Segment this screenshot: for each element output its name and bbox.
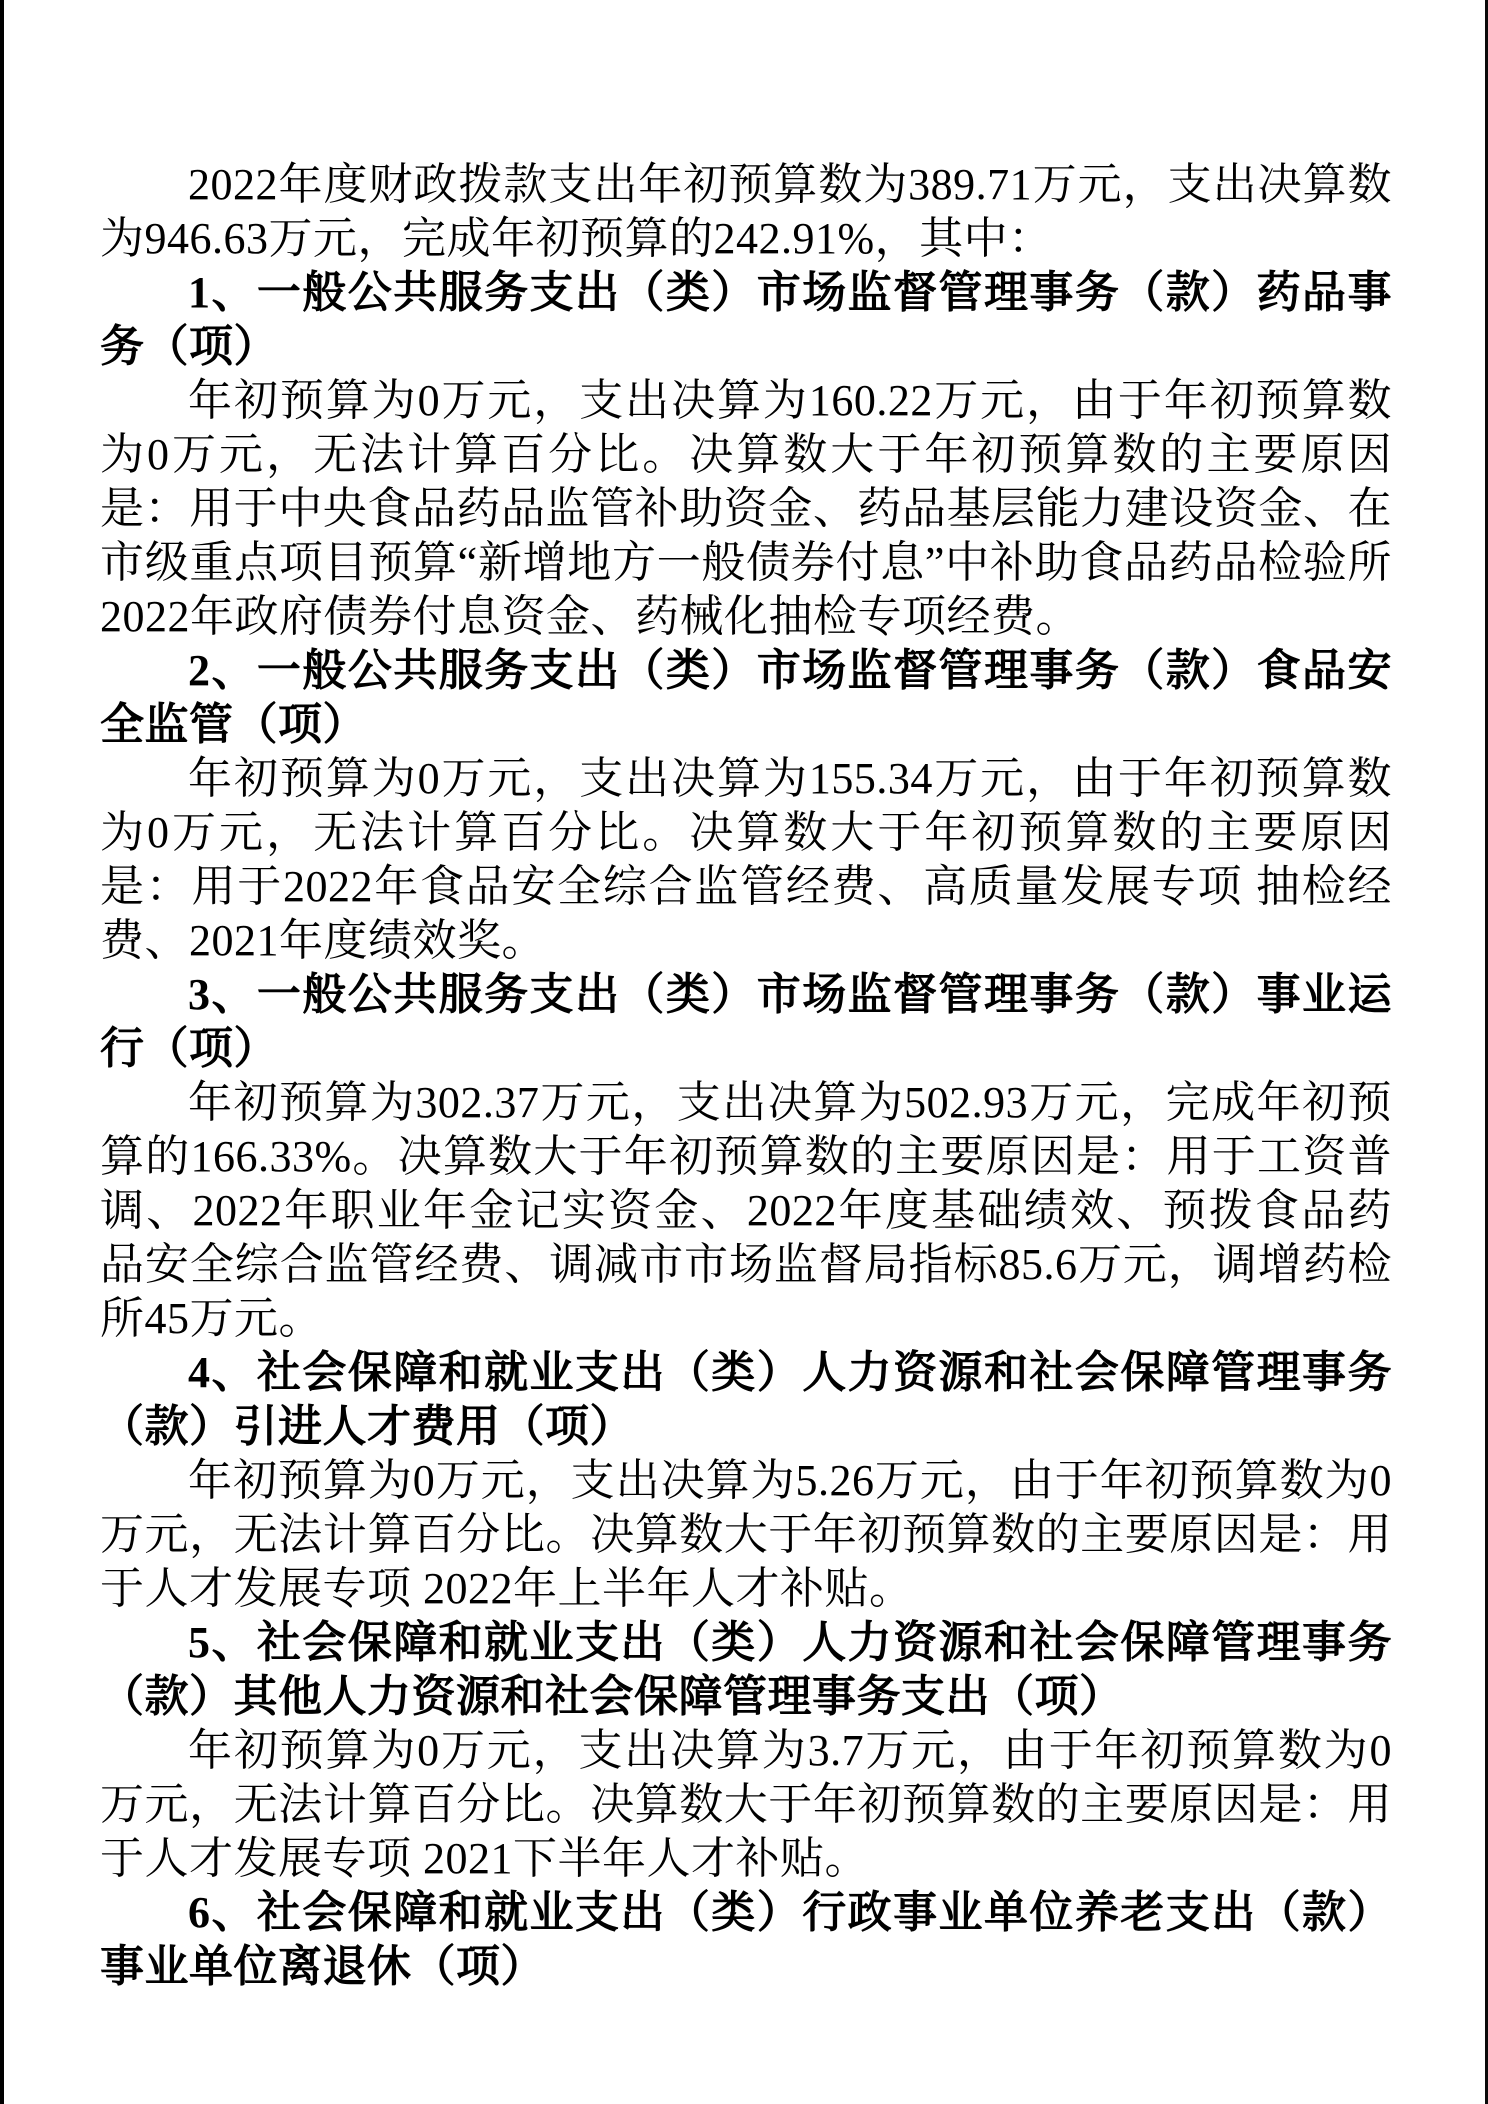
section-heading-5: 5、社会保障和就业支出（类）人力资源和社会保障管理事务（款）其他人力资源和社会保… bbox=[100, 1616, 1392, 1724]
section-heading-3: 3、一般公共服务支出（类）市场监督管理事务（款）事业运行（项） bbox=[100, 968, 1392, 1076]
section-paragraph-4: 年初预算为0万元，支出决算为5.26万元，由于年初预算数为0万元，无法计算百分比… bbox=[100, 1454, 1392, 1616]
intro-paragraph: 2022年度财政拨款支出年初预算数为389.71万元，支出决算数为946.63万… bbox=[100, 158, 1392, 266]
section-heading-1: 1、一般公共服务支出（类）市场监督管理事务（款）药品事务（项） bbox=[100, 266, 1392, 374]
section-heading-6: 6、社会保障和就业支出（类）行政事业单位养老支出（款）事业单位离退休（项） bbox=[100, 1886, 1392, 1994]
section-heading-2: 2、一般公共服务支出（类）市场监督管理事务（款）食品安全监管（项） bbox=[100, 644, 1392, 752]
section-paragraph-5: 年初预算为0万元，支出决算为3.7万元，由于年初预算数为0万元，无法计算百分比。… bbox=[100, 1724, 1392, 1886]
section-heading-4: 4、社会保障和就业支出（类）人力资源和社会保障管理事务（款）引进人才费用（项） bbox=[100, 1346, 1392, 1454]
section-paragraph-1: 年初预算为0万元，支出决算为160.22万元，由于年初预算数为0万元，无法计算百… bbox=[100, 374, 1392, 644]
document-page: 2022年度财政拨款支出年初预算数为389.71万元，支出决算数为946.63万… bbox=[0, 0, 1488, 2104]
document-body: 2022年度财政拨款支出年初预算数为389.71万元，支出决算数为946.63万… bbox=[100, 158, 1392, 1994]
section-paragraph-3: 年初预算为302.37万元，支出决算为502.93万元，完成年初预算的166.3… bbox=[100, 1076, 1392, 1346]
section-paragraph-2: 年初预算为0万元，支出决算为155.34万元，由于年初预算数为0万元，无法计算百… bbox=[100, 752, 1392, 968]
